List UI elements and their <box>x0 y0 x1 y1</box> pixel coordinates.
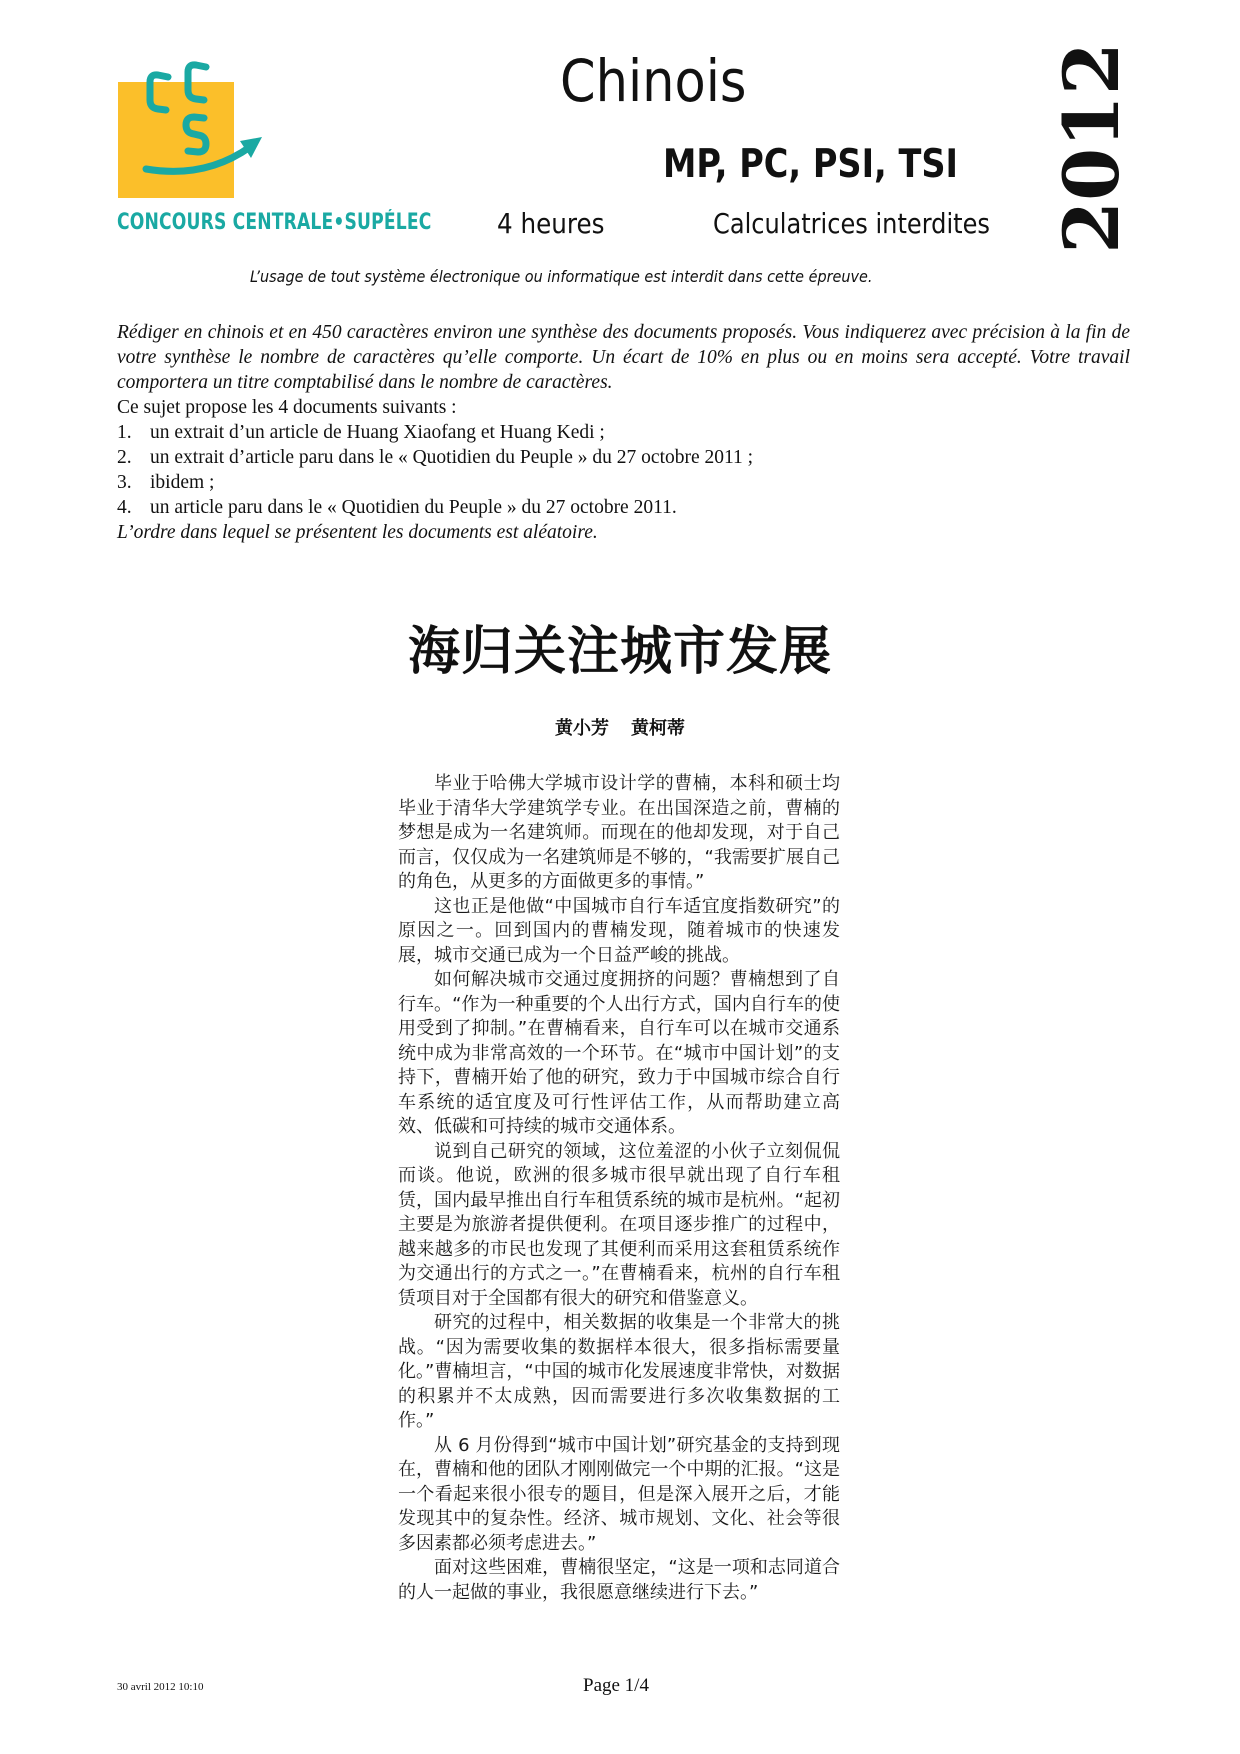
usage-notice: L’usage de tout système électronique ou … <box>250 266 872 288</box>
exam-subject: Chinois <box>560 46 747 116</box>
order-note: L’ordre dans lequel se présentent les do… <box>117 520 1130 545</box>
exam-year: 2012 <box>1060 58 1124 238</box>
page-number: Page 1/4 <box>583 1674 649 1698</box>
exam-year-text: 2012 <box>1054 42 1130 254</box>
article-paragraph: 面对这些困难，曹楠很坚定，“这是一项和志同道合的人一起做的事业，我很愿意继续进行… <box>398 1556 840 1605</box>
article-paragraph: 从 6 月份得到“城市中国计划”研究基金的支持到现在，曹楠和他的团队才刚刚做完一… <box>398 1434 840 1557</box>
article-authors: 黄小芳黄柯蒂 <box>0 715 1240 743</box>
exam-sections: MP, PC, PSI, TSI <box>663 140 958 190</box>
author-name: 黄柯蒂 <box>631 718 685 739</box>
article-paragraph: 毕业于哈佛大学城市设计学的曹楠，本科和硕士均毕业于清华大学建筑学专业。在出国深造… <box>398 772 840 895</box>
ccs-logo-icon <box>110 55 280 205</box>
article-paragraph: 如何解决城市交通过度拥挤的问题？曹楠想到了自行车。“作为一种重要的个人出行方式，… <box>398 968 840 1140</box>
documents-intro: Ce sujet propose les 4 documents suivant… <box>117 395 1130 420</box>
document-item: 1.un extrait d’un article de Huang Xiaof… <box>117 420 1130 445</box>
task-statement: Rédiger en chinois et en 450 caractères … <box>117 320 1130 395</box>
instructions: Rédiger en chinois et en 450 caractères … <box>117 320 1130 545</box>
article-paragraph: 研究的过程中，相关数据的收集是一个非常大的挑战。“因为需要收集的数据样本很大，很… <box>398 1311 840 1434</box>
logo-wordmark: CONCOURS CENTRALE•SUPÉLEC <box>117 210 431 235</box>
author-name: 黄小芳 <box>555 718 609 739</box>
exam-duration: 4 heures <box>497 204 604 244</box>
document-item: 2.un extrait d’article paru dans le « Qu… <box>117 445 1130 470</box>
article-title: 海归关注城市发展 <box>0 612 1240 692</box>
footer-timestamp: 30 avril 2012 10:10 <box>117 1680 203 1694</box>
article-paragraph: 说到自己研究的领域，这位羞涩的小伙子立刻侃侃而谈。他说，欧洲的很多城市很早就出现… <box>398 1140 840 1312</box>
article-body: 毕业于哈佛大学城市设计学的曹楠，本科和硕士均毕业于清华大学建筑学专业。在出国深造… <box>398 772 840 1605</box>
article-paragraph: 这也正是他做“中国城市自行车适宜度指数研究”的原因之一。回到国内的曹楠发现，随着… <box>398 895 840 969</box>
document-item: 4.un article paru dans le « Quotidien du… <box>117 495 1130 520</box>
calculator-policy: Calculatrices interdites <box>713 204 990 244</box>
document-item: 3.ibidem ; <box>117 470 1130 495</box>
documents-list: 1.un extrait d’un article de Huang Xiaof… <box>117 420 1130 520</box>
